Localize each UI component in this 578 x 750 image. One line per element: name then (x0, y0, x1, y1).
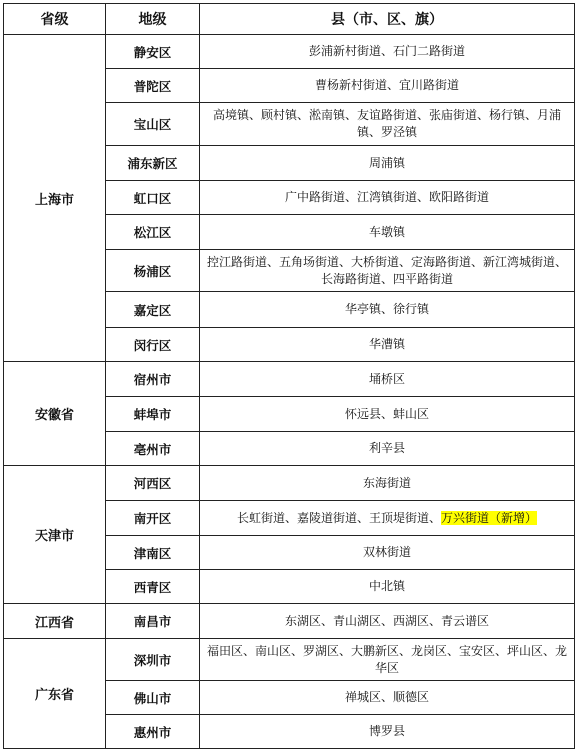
county-cell: 曹杨新村街道、宜川路街道 (200, 69, 575, 103)
county-cell: 东海街道 (200, 466, 575, 501)
prefecture-cell: 亳州市 (106, 432, 200, 466)
prefecture-cell: 宿州市 (106, 362, 200, 397)
highlighted-new-entry: 万兴街道（新增） (441, 511, 537, 525)
table-row: 天津市河西区东海街道 (4, 466, 575, 501)
county-cell: 利辛县 (200, 432, 575, 466)
county-cell: 双林街道 (200, 536, 575, 570)
county-list: 埇桥区 (369, 372, 405, 386)
county-cell: 高境镇、顾村镇、淞南镇、友谊路街道、张庙街道、杨行镇、月浦镇、罗泾镇 (200, 103, 575, 146)
county-cell: 东湖区、青山湖区、西湖区、青云谱区 (200, 604, 575, 639)
county-cell: 福田区、南山区、罗湖区、大鹏新区、龙岗区、宝安区、坪山区、龙华区 (200, 639, 575, 681)
header-prefecture: 地级 (106, 4, 200, 35)
county-list: 利辛县 (369, 441, 405, 455)
prefecture-cell: 闵行区 (106, 328, 200, 362)
table-row: 上海市静安区彭浦新村街道、石门二路街道 (4, 35, 575, 69)
county-cell: 长虹街道、嘉陵道街道、王顶堤街道、万兴街道（新增） (200, 501, 575, 536)
county-list: 福田区、南山区、罗湖区、大鹏新区、龙岗区、宝安区、坪山区、龙华区 (207, 644, 567, 675)
header-province: 省级 (4, 4, 106, 35)
table-row: 江西省南昌市东湖区、青山湖区、西湖区、青云谱区 (4, 604, 575, 639)
prefecture-cell: 西青区 (106, 570, 200, 604)
county-cell: 怀远县、蚌山区 (200, 397, 575, 432)
county-cell: 车墩镇 (200, 215, 575, 250)
province-cell: 广东省 (4, 639, 106, 749)
county-list: 华亭镇、徐行镇 (345, 302, 429, 316)
county-cell: 控江路街道、五角场街道、大桥街道、定海路街道、新江湾城街道、长海路街道、四平路街… (200, 250, 575, 292)
prefecture-cell: 河西区 (106, 466, 200, 501)
county-cell: 广中路街道、江湾镇街道、欧阳路街道 (200, 181, 575, 215)
province-cell: 安徽省 (4, 362, 106, 466)
county-list: 怀远县、蚌山区 (345, 407, 429, 421)
header-row: 省级 地级 县（市、区、旗） (4, 4, 575, 35)
table-row: 安徽省宿州市埇桥区 (4, 362, 575, 397)
prefecture-cell: 杨浦区 (106, 250, 200, 292)
county-list: 禅城区、顺德区 (345, 690, 429, 704)
county-list: 博罗县 (369, 724, 405, 738)
county-list: 车墩镇 (369, 225, 405, 239)
county-cell: 华亭镇、徐行镇 (200, 292, 575, 328)
prefecture-cell: 深圳市 (106, 639, 200, 681)
county-list: 双林街道 (363, 545, 411, 559)
province-cell: 天津市 (4, 466, 106, 604)
county-list: 东海街道 (363, 476, 411, 490)
province-cell: 江西省 (4, 604, 106, 639)
county-cell: 中北镇 (200, 570, 575, 604)
prefecture-cell: 浦东新区 (106, 146, 200, 181)
county-cell: 禅城区、顺德区 (200, 681, 575, 715)
county-list: 周浦镇 (369, 156, 405, 170)
prefecture-cell: 宝山区 (106, 103, 200, 146)
county-list: 控江路街道、五角场街道、大桥街道、定海路街道、新江湾城街道、长海路街道、四平路街… (207, 255, 567, 286)
county-list: 长虹街道、嘉陵道街道、王顶堤街道、 (237, 511, 441, 525)
county-cell: 周浦镇 (200, 146, 575, 181)
prefecture-cell: 津南区 (106, 536, 200, 570)
prefecture-cell: 静安区 (106, 35, 200, 69)
prefecture-cell: 虹口区 (106, 181, 200, 215)
header-county: 县（市、区、旗） (200, 4, 575, 35)
prefecture-cell: 南昌市 (106, 604, 200, 639)
county-list: 中北镇 (369, 579, 405, 593)
prefecture-cell: 蚌埠市 (106, 397, 200, 432)
county-list: 广中路街道、江湾镇街道、欧阳路街道 (285, 190, 489, 204)
county-cell: 埇桥区 (200, 362, 575, 397)
table-body: 上海市静安区彭浦新村街道、石门二路街道普陀区曹杨新村街道、宜川路街道宝山区高境镇… (4, 35, 575, 749)
prefecture-cell: 松江区 (106, 215, 200, 250)
county-list: 彭浦新村街道、石门二路街道 (309, 44, 465, 58)
county-cell: 华漕镇 (200, 328, 575, 362)
prefecture-cell: 南开区 (106, 501, 200, 536)
province-cell: 上海市 (4, 35, 106, 362)
prefecture-cell: 普陀区 (106, 69, 200, 103)
prefecture-cell: 惠州市 (106, 715, 200, 749)
county-cell: 博罗县 (200, 715, 575, 749)
county-cell: 彭浦新村街道、石门二路街道 (200, 35, 575, 69)
county-list: 华漕镇 (369, 337, 405, 351)
county-list: 东湖区、青山湖区、西湖区、青云谱区 (285, 614, 489, 628)
table-row: 广东省深圳市福田区、南山区、罗湖区、大鹏新区、龙岗区、宝安区、坪山区、龙华区 (4, 639, 575, 681)
prefecture-cell: 嘉定区 (106, 292, 200, 328)
prefecture-cell: 佛山市 (106, 681, 200, 715)
county-list: 高境镇、顾村镇、淞南镇、友谊路街道、张庙街道、杨行镇、月浦镇、罗泾镇 (213, 108, 561, 139)
region-table: 省级 地级 县（市、区、旗） 上海市静安区彭浦新村街道、石门二路街道普陀区曹杨新… (3, 3, 575, 749)
county-list: 曹杨新村街道、宜川路街道 (315, 78, 459, 92)
